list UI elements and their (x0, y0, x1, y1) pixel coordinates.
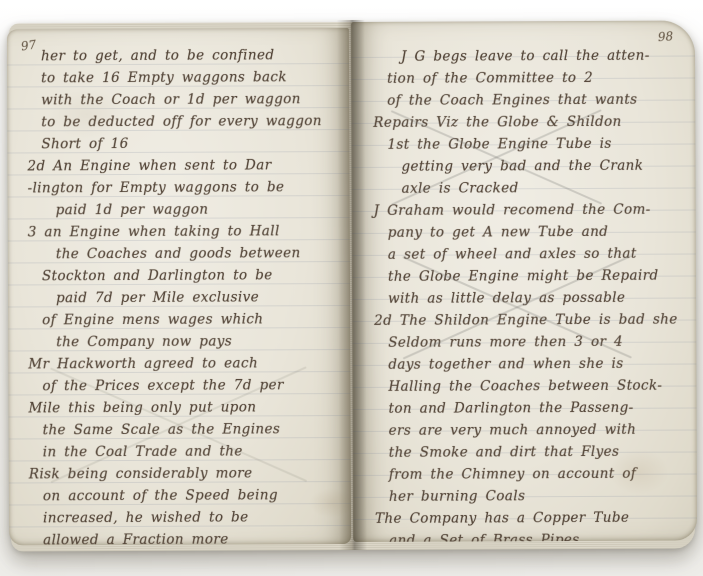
manuscript-line: paid 1d per waggon (28, 198, 344, 221)
manuscript-text-right: J G begs leave to call the atten-tion of… (373, 45, 691, 542)
manuscript-line: the Globe Engine might be Repaird (374, 265, 690, 288)
manuscript-line: Mile this being only put upon (28, 396, 344, 419)
manuscript-line: Short of 16 (27, 132, 343, 155)
manuscript-line: her to get, and to be confined (27, 44, 343, 67)
manuscript-line: increased, he wished to be (29, 506, 345, 529)
manuscript-line: J G begs leave to call the atten- (373, 45, 689, 68)
manuscript-line: J Graham would recomend the Com- (374, 199, 690, 222)
page-right: 98 J G begs leave to call the atten-tion… (351, 21, 697, 542)
manuscript-line: 2d An Engine when sent to Dar (27, 154, 343, 177)
manuscript-line: 1st the Globe Engine Tube is (373, 133, 689, 156)
manuscript-line: pany to get A new Tube and (374, 221, 690, 244)
manuscript-line: axle is Cracked (374, 177, 690, 200)
manuscript-line: Seldom runs more then 3 or 4 (374, 331, 690, 354)
manuscript-line: the Coaches and goods between (28, 242, 344, 265)
page-left: 97 her to get, and to be confinedto take… (7, 28, 351, 545)
manuscript-line: tion of the Committee to 2 (373, 67, 689, 90)
manuscript-line: the Same Scale as the Engines (29, 418, 345, 441)
manuscript-line: ers are very much annoyed with (375, 419, 691, 442)
manuscript-line: to be deducted off for every waggon (27, 110, 343, 133)
manuscript-line: from the Chimney on account of (375, 463, 691, 486)
manuscript-line: Mr Hackworth agreed to each (28, 352, 344, 375)
manuscript-line: 3 an Engine when taking to Hall (28, 220, 344, 243)
manuscript-line: on account of the Speed being (29, 484, 345, 507)
manuscript-book: 97 her to get, and to be confinedto take… (7, 19, 697, 552)
manuscript-line: The Company has a Copper Tube (375, 507, 691, 530)
manuscript-line: with the Coach or 1d per waggon (27, 88, 343, 111)
manuscript-line: of the Coach Engines that wants (373, 89, 689, 112)
manuscript-line: allowed a Fraction more (29, 528, 345, 545)
manuscript-line: with as little delay as possable (374, 287, 690, 310)
photo-background: 97 her to get, and to be confinedto take… (0, 0, 703, 576)
manuscript-line: getting very bad and the Crank (373, 155, 689, 178)
manuscript-line: Halling the Coaches between Stock- (374, 375, 690, 398)
manuscript-line: the Company now pays (28, 330, 344, 353)
manuscript-line: Stockton and Darlington to be (28, 264, 344, 287)
manuscript-line: the Smoke and dirt that Flyes (375, 441, 691, 464)
manuscript-line: of Engine mens wages which (28, 308, 344, 331)
manuscript-line: paid 7d per Mile exclusive (28, 286, 344, 309)
manuscript-line: -lington for Empty waggons to be (28, 176, 344, 199)
manuscript-text-left: her to get, and to be confinedto take 16… (27, 44, 345, 545)
page-number-right: 98 (657, 29, 673, 44)
manuscript-line: in the Coal Trade and the (29, 440, 345, 463)
manuscript-line: her burning Coals (375, 485, 691, 508)
manuscript-line: Risk being considerably more (29, 462, 345, 485)
manuscript-line: of the Prices except the 7d per (28, 374, 344, 397)
manuscript-line: and a Set of Brass Pipes (375, 529, 691, 542)
manuscript-line: days together and when she is (374, 353, 690, 376)
manuscript-line: to take 16 Empty waggons back (27, 66, 343, 89)
manuscript-line: 2d The Shildon Engine Tube is bad she (374, 309, 690, 332)
manuscript-line: ton and Darlington the Passeng- (374, 397, 690, 420)
manuscript-line: a set of wheel and axles so that (374, 243, 690, 266)
manuscript-line: Repairs Viz the Globe & Shildon (373, 111, 689, 134)
